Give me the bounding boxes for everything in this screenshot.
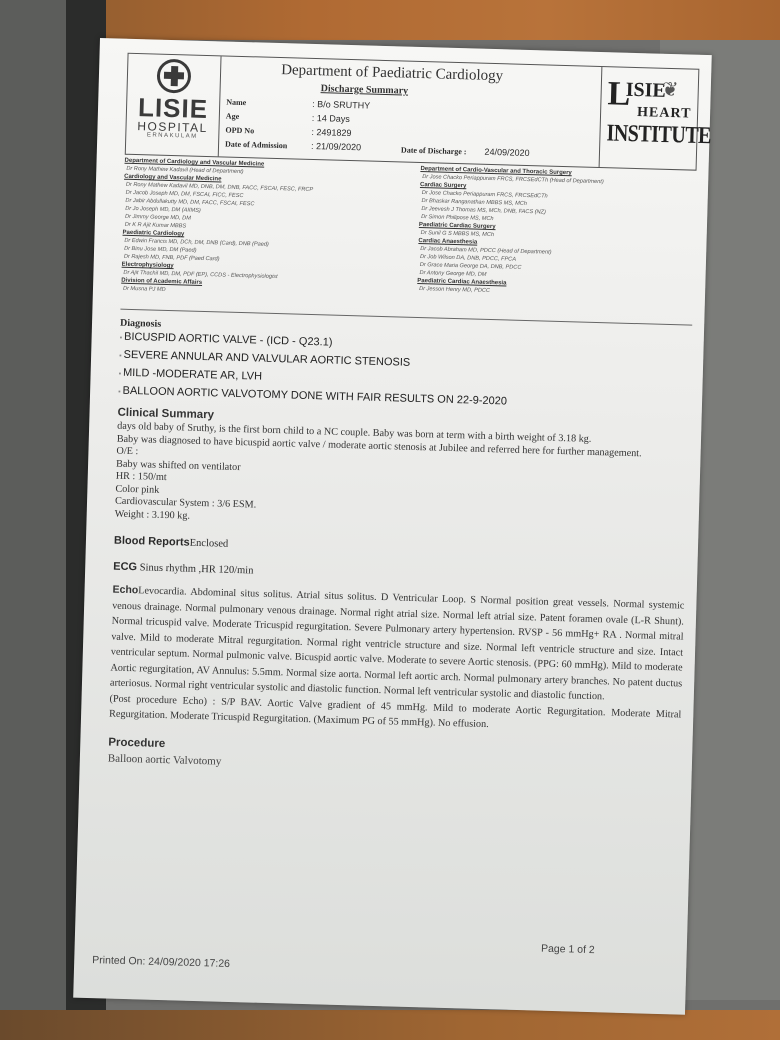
blood-reports-label: Blood Reports [114, 535, 190, 549]
diagnosis-list: BICUSPID AORTIC VALVE - (ICD - Q23.1)SEV… [118, 329, 692, 417]
echo-text: Levocardia. Abdominal situs solitus. Atr… [110, 585, 685, 702]
discharge-date-label: Date of Discharge : [401, 145, 467, 156]
blood-reports-value: Enclosed [190, 538, 229, 550]
page-number: Page 1 of 2 [541, 943, 595, 956]
doctors-right-column: Department of Cardio-Vascular and Thorac… [396, 164, 696, 324]
desk-background [0, 0, 780, 40]
doctors-left-column: Department of Cardiology and Vascular Me… [120, 157, 400, 317]
patient-info: Name: B/o SRUTHYAge: 14 DaysOPD No: 2491… [225, 95, 371, 155]
ecg-value: Sinus rhythm ,HR 120/min [140, 562, 254, 576]
blood-reports: Blood ReportsEnclosed [114, 535, 686, 563]
patient-field-label: Name [226, 97, 312, 108]
desk-edge [0, 1010, 780, 1040]
discharge-summary-page: LISIE HOSPITAL ERNAKULAM Department of P… [73, 38, 712, 1015]
discharge-date: Date of Discharge :24/09/2020 [401, 144, 530, 158]
patient-field-value: : 21/09/2020 [311, 141, 361, 152]
logo-heart: HEART [637, 106, 692, 122]
folder-cover [0, 0, 70, 1040]
department-title: Department of Paediatric Cardiology [281, 62, 503, 85]
document-title: Discharge Summary [321, 83, 409, 96]
discharge-date-value: 24/09/2020 [484, 147, 529, 158]
lisie-heart-institute-logo: L ISIE HEART INSTITUTE ❦ [599, 67, 699, 170]
patient-field-value: : 14 Days [312, 113, 350, 124]
ecg-label: ECG [113, 561, 137, 574]
cross-in-circle-icon [156, 59, 191, 94]
patient-field-label: Date of Admission [225, 139, 311, 150]
patient-field-label: Age [226, 111, 312, 122]
header-center: Department of Paediatric Cardiology Disc… [219, 56, 602, 167]
printed-on: Printed On: 24/09/2020 17:26 [92, 954, 230, 970]
patient-field-label: OPD No [225, 125, 311, 136]
letterhead: LISIE HOSPITAL ERNAKULAM Department of P… [125, 53, 700, 171]
hospital-location: ERNAKULAM [147, 132, 198, 139]
heart-icon: ❦ [661, 77, 678, 102]
lisie-hospital-logo: LISIE HOSPITAL ERNAKULAM [126, 54, 222, 157]
logo-isie: ISIE [625, 80, 666, 101]
hospital-name: LISIE [138, 94, 209, 122]
patient-field: Date of Admission: 21/09/2020 [225, 137, 369, 155]
logo-institute: INSTITUTE [606, 121, 711, 148]
echo-label: Echo [112, 584, 138, 597]
echo-report: EchoLevocardia. Abdominal situs solitus.… [109, 583, 685, 738]
clinical-summary-text: days old baby of Sruthy, is the first bo… [115, 421, 690, 537]
patient-field-value: : B/o SRUTHY [312, 99, 370, 111]
doctors-list: Department of Cardiology and Vascular Me… [120, 157, 696, 326]
patient-field-value: : 2491829 [311, 127, 351, 138]
